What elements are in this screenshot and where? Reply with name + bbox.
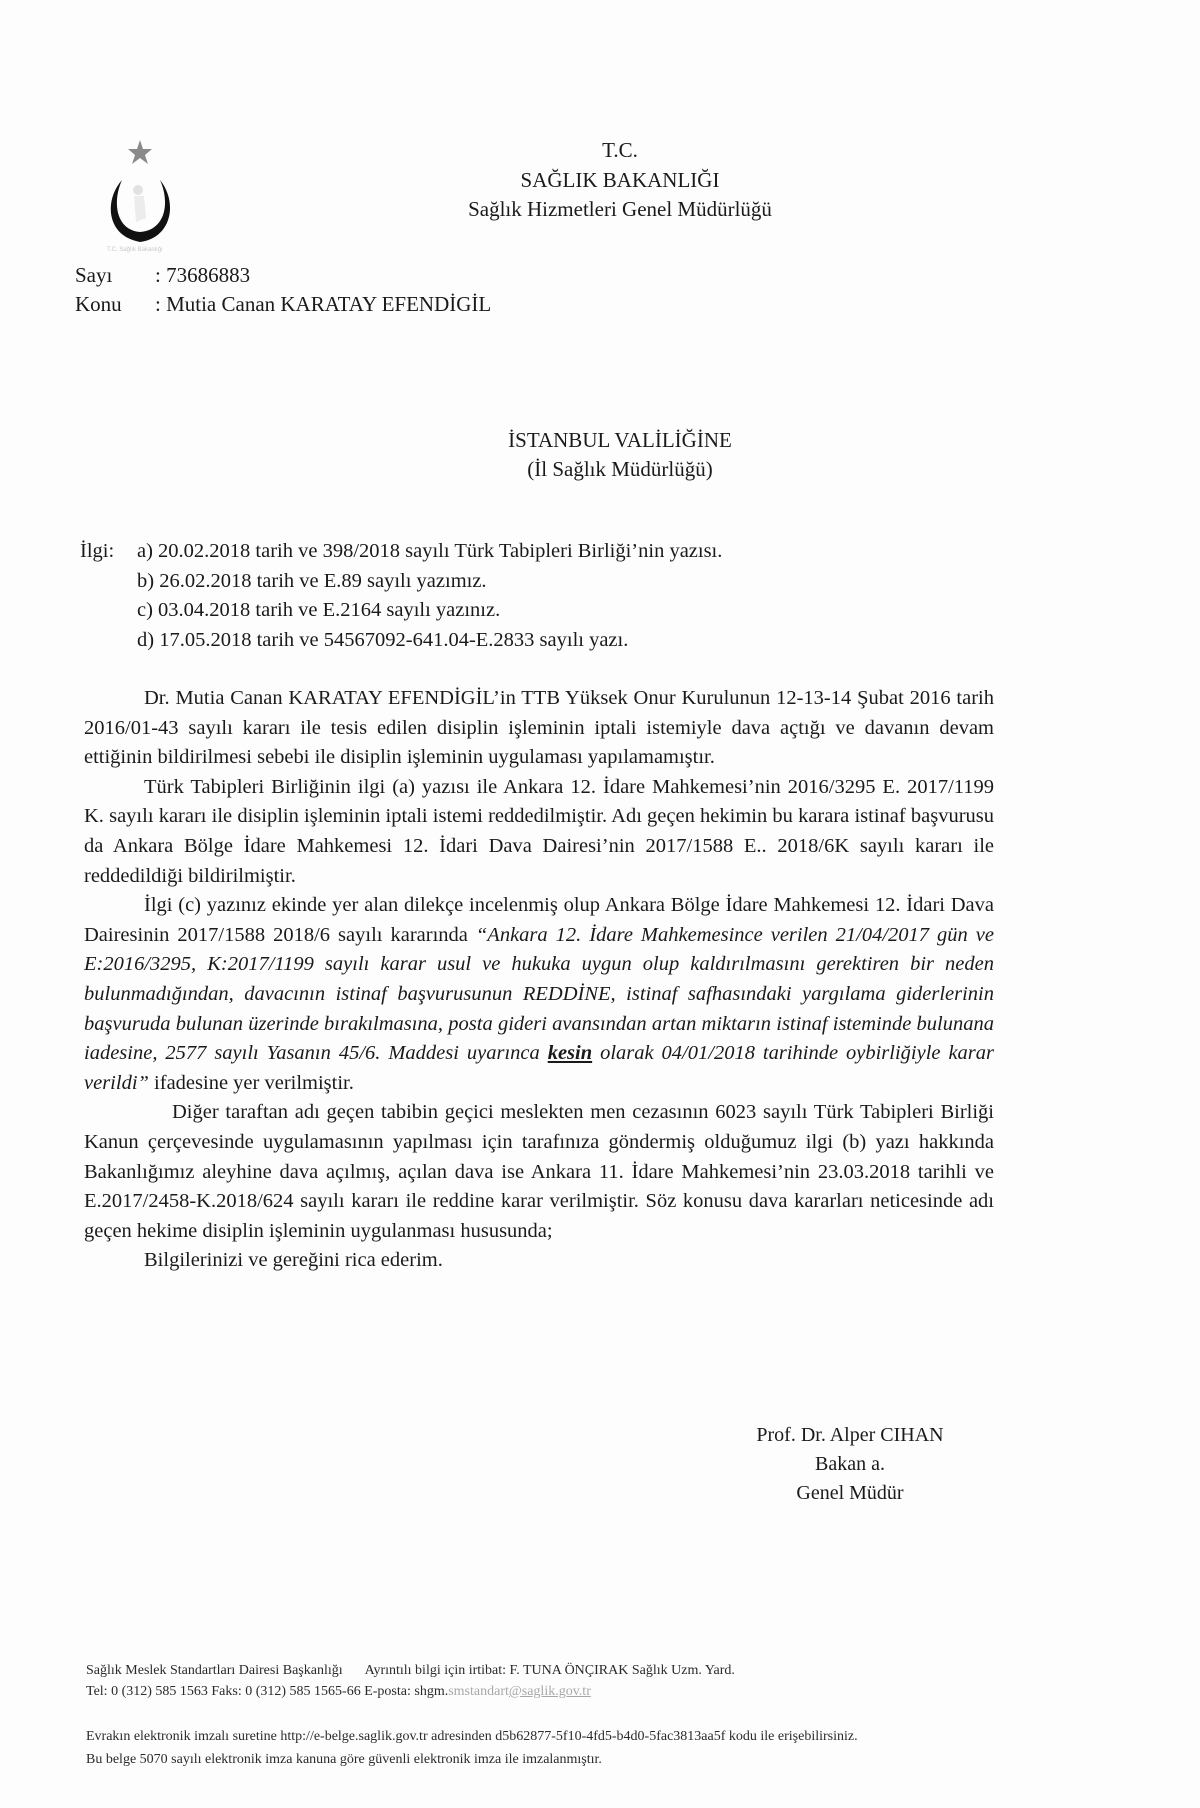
footer-contact: Ayrıntılı bilgi için irtibat: F. TUNA ÖN…: [365, 1663, 735, 1678]
paragraph: İlgi (c) yazınız ekinde yer alan dilekçe…: [84, 891, 994, 1098]
sayi-label: Sayı: [75, 263, 155, 288]
closing-line: Bilgilerinizi ve gereğini rica ederim.: [84, 1246, 994, 1276]
letter-body: Dr. Mutia Canan KARATAY EFENDİGİL’in TTB…: [84, 684, 994, 1276]
reference-item: a) 20.02.2018 tarih ve 398/2018 sayılı T…: [137, 537, 722, 567]
ministry-logo-icon: [100, 138, 180, 248]
reference-item: c) 03.04.2018 tarih ve E.2164 sayılı yaz…: [137, 596, 722, 626]
paragraph: Dr. Mutia Canan KARATAY EFENDİGİL’in TTB…: [84, 684, 994, 773]
references: İlgi: a) 20.02.2018 tarih ve 398/2018 sa…: [80, 537, 722, 655]
konu-value: : Mutia Canan KARATAY EFENDİGİL: [155, 292, 491, 316]
header-directorate: Sağlık Hizmetleri Genel Müdürlüğü: [300, 199, 940, 220]
konu-label: Konu: [75, 292, 155, 317]
paragraph: Diğer taraftan adı geçen tabibin geçici …: [84, 1098, 994, 1246]
email-link[interactable]: @saglik.gov.tr: [509, 1684, 591, 1699]
reference-item: b) 26.02.2018 tarih ve E.89 sayılı yazım…: [137, 567, 722, 597]
document-page: T.C. Sağlık Bakanlığı T.C. SAĞLIK BAKANL…: [0, 0, 1200, 1808]
header-tc: T.C.: [300, 140, 940, 161]
signer-position: Genel Müdür: [700, 1479, 1000, 1508]
signature-block: Prof. Dr. Alper CIHAN Bakan a. Genel Müd…: [700, 1421, 1000, 1508]
addressee-sub: (İl Sağlık Müdürlüğü): [300, 457, 940, 482]
references-label: İlgi:: [80, 537, 114, 567]
document-number: Sayı: 73686883: [75, 263, 250, 288]
footer-verification: Evrakın elektronik imzalı suretine http:…: [86, 1729, 858, 1745]
footer-phone: Tel: 0 (312) 585 1563 Faks: 0 (312) 585 …: [86, 1684, 591, 1700]
signer-title: Bakan a.: [700, 1450, 1000, 1479]
emphasis-kesin: kesin: [548, 1042, 592, 1064]
header-ministry: SAĞLIK BAKANLIĞI: [300, 170, 940, 191]
paragraph: Türk Tabipleri Birliğinin ilgi (a) yazıs…: [84, 773, 994, 891]
reference-item: d) 17.05.2018 tarih ve 54567092-641.04-E…: [137, 626, 722, 656]
court-quote: “Ankara 12. İdare Mahkemesince verilen 2…: [84, 924, 994, 1094]
document-subject: Konu: Mutia Canan KARATAY EFENDİGİL: [75, 292, 491, 317]
footer-department: Sağlık Meslek Standartları Dairesi Başka…: [86, 1663, 735, 1679]
addressee: İSTANBUL VALİLİĞİNE: [300, 428, 940, 453]
sayi-value: : 73686883: [155, 263, 250, 287]
logo-caption: T.C. Sağlık Bakanlığı: [107, 247, 163, 253]
footer-legal-note: Bu belge 5070 sayılı elektronik imza kan…: [86, 1752, 602, 1768]
signer-name: Prof. Dr. Alper CIHAN: [700, 1421, 1000, 1450]
